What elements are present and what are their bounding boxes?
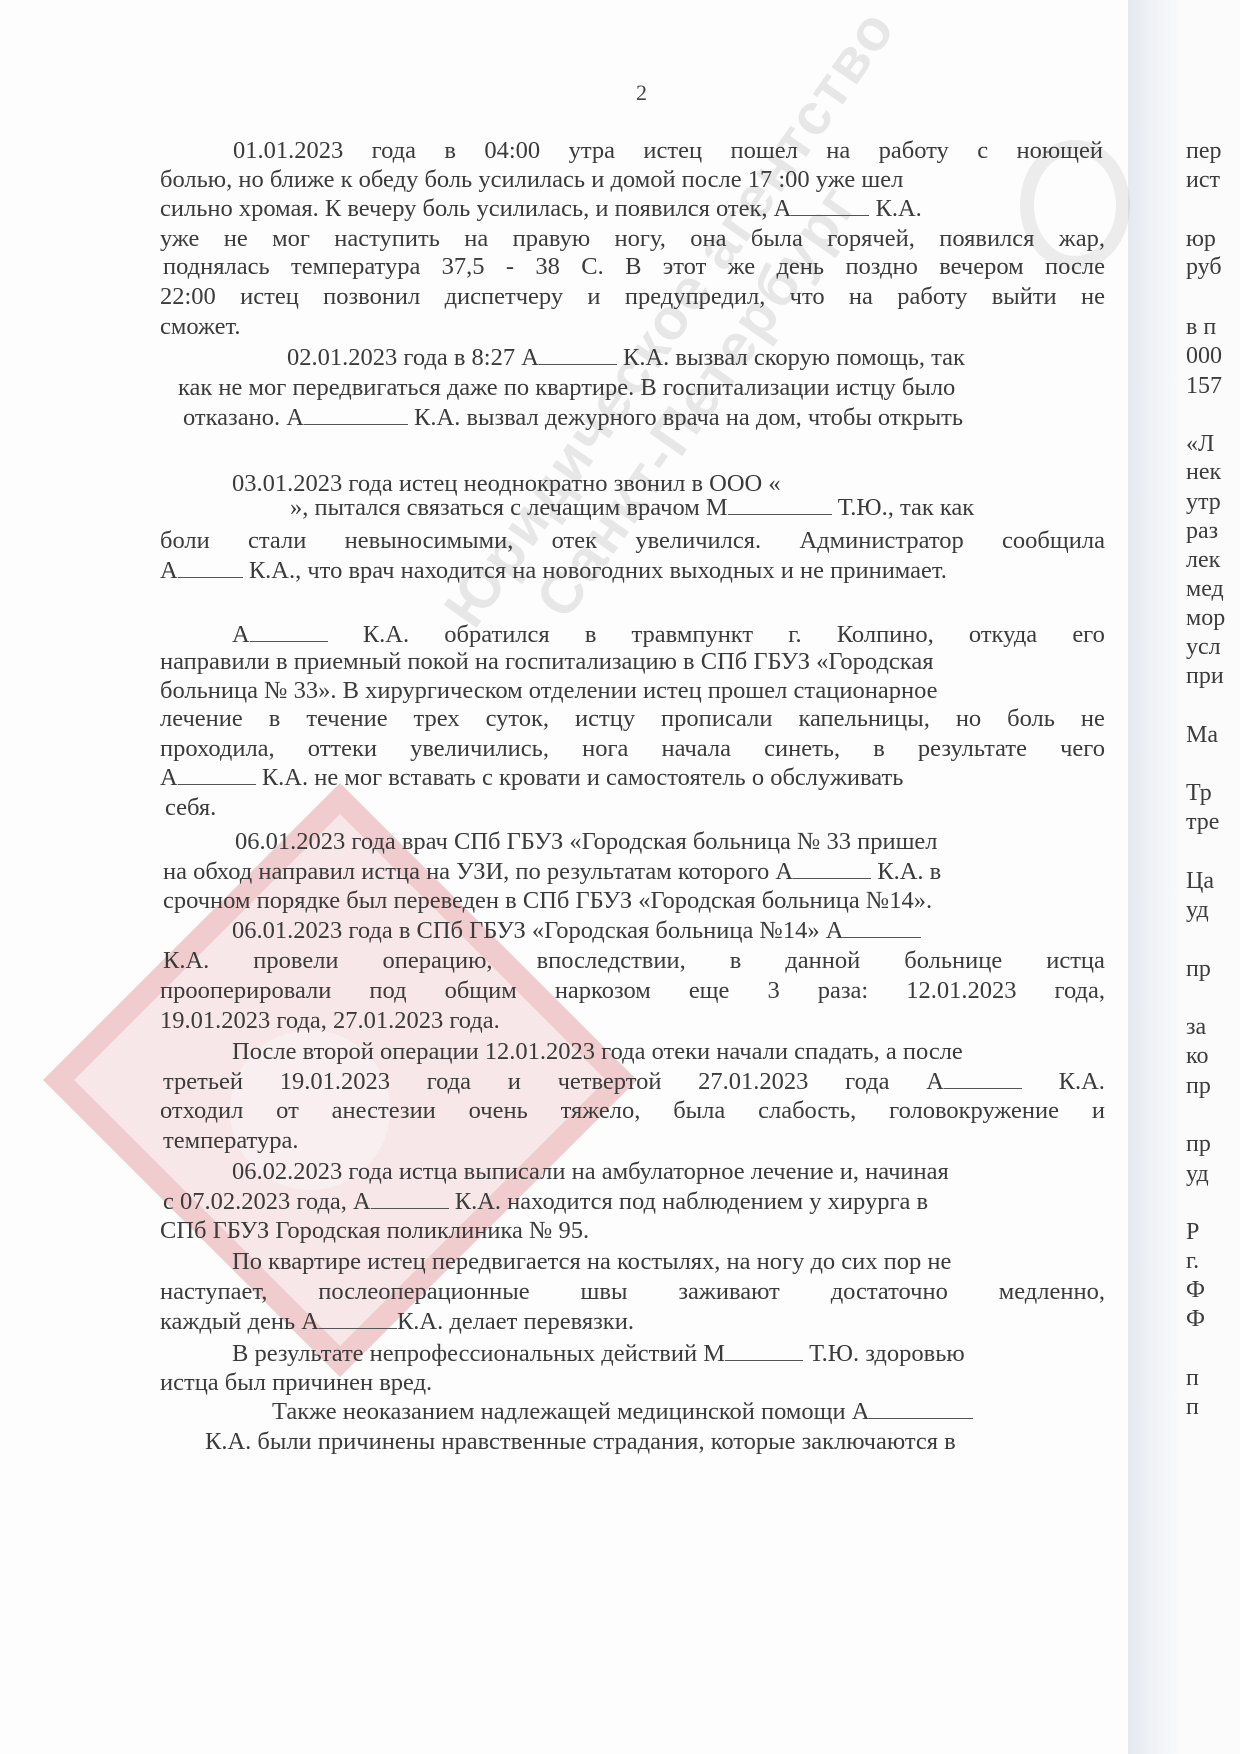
text-line: », пытался связаться с лечащим врачом М … [290, 494, 974, 522]
text-line: отказано. А К.А. вызвал дежурного врача … [183, 404, 963, 432]
next-page-text-fragment: за [1186, 1013, 1206, 1041]
redacted-name-blank [843, 917, 921, 938]
text-line: 02.01.2023 года в 8:27 А К.А. вызвал ско… [287, 344, 965, 372]
text-line: прооперировалиподобщимнаркозомеще3раза:1… [160, 977, 1105, 1005]
text-line: 19.01.2023 года, 27.01.2023 года. [160, 1007, 500, 1035]
text-line: наступает,послеоперационныешвызаживаютдо… [160, 1278, 1105, 1306]
next-page-text-fragment: «Л [1186, 430, 1214, 458]
text-line: истца был причинен вред. [160, 1369, 432, 1397]
text-line: проходила,оттекиувеличились,ноганачаласи… [160, 735, 1105, 763]
next-page-text-fragment: при [1186, 662, 1224, 690]
text-line: 06.02.2023 года истца выписали на амбула… [232, 1158, 949, 1186]
redacted-name-blank [725, 1340, 803, 1361]
text-line: А К.А., что врач находится на новогодних… [160, 557, 947, 585]
redacted-name-blank [319, 1308, 397, 1329]
redacted-name-blank [728, 494, 832, 515]
redacted-name-blank [250, 621, 328, 642]
next-page-text-fragment: Ма [1186, 721, 1218, 749]
text-line: АК.А.обратилсявтравмпунктг.Колпино,откуд… [232, 621, 1105, 649]
text-line: СПб ГБУЗ Городская поликлиника № 95. [160, 1217, 589, 1245]
next-page-text-fragment: пр [1186, 1130, 1211, 1158]
text-line: После второй операции 12.01.2023 года от… [232, 1038, 963, 1066]
text-line: срочном порядке был переведен в СПб ГБУЗ… [163, 887, 932, 915]
text-line: болью, но ближе к обеду боль усилилась и… [160, 166, 903, 194]
next-page-text-fragment: уд [1186, 896, 1209, 924]
next-page-text-fragment: Ф [1186, 1305, 1205, 1333]
redacted-name-blank [178, 764, 256, 785]
text-line: сильно хромая. К вечеру боль усилилась, … [160, 195, 922, 223]
text-line: каждый день АК.А. делает перевязки. [160, 1308, 634, 1336]
text-line: с 07.02.2023 года, А К.А. находится под … [163, 1188, 928, 1216]
next-page-text-fragment: лек [1186, 546, 1220, 574]
next-page-text-fragment: пр [1186, 955, 1211, 983]
redacted-name-blank [304, 404, 408, 425]
next-page-text-fragment: усл [1186, 633, 1221, 661]
text-line: температура. [163, 1127, 298, 1155]
redacted-name-blank [539, 344, 617, 365]
text-line: третьей19.01.2023годаичетвертой27.01.202… [163, 1068, 1105, 1096]
text-line: больница № 33». В хирургическом отделени… [160, 677, 938, 705]
text-line: себя. [165, 794, 216, 822]
text-line: как не мог передвигаться даже по квартир… [178, 374, 955, 402]
text-line: отходилотанестезииоченьтяжело,быласлабос… [160, 1097, 1105, 1125]
text-line: 01.01.2023годав04:00утраистецпошелнарабо… [233, 137, 1103, 165]
next-page-text-fragment: пр [1186, 1072, 1211, 1100]
next-page-text-fragment: юр [1186, 225, 1216, 253]
next-page-text-fragment: г. [1186, 1247, 1199, 1275]
text-line: уженемогнаступитьнаправуюногу,онабылагор… [160, 225, 1105, 253]
text-line: на обход направил истца на УЗИ, по резул… [163, 858, 941, 886]
text-line: Также неоказанием надлежащей медицинской… [272, 1398, 973, 1426]
next-page-text-fragment: мед [1186, 575, 1224, 603]
redacted-name-blank [869, 1398, 973, 1419]
text-line: В результате непрофессиональных действий… [232, 1340, 965, 1368]
text-line: направили в приемный покой на госпитализ… [160, 648, 933, 676]
text-line: 22:00истецпозвонилдиспетчеруипредупредил… [160, 283, 1105, 311]
redacted-name-blank [371, 1188, 449, 1209]
next-page-text-fragment: уд [1186, 1160, 1209, 1188]
next-page-text-fragment: утр [1186, 488, 1221, 516]
text-line: А К.А. не мог вставать с кровати и самос… [160, 764, 903, 792]
text-line: К.А.провелиоперацию,впоследствии,вданной… [163, 947, 1105, 975]
next-page-text-fragment: ко [1186, 1042, 1208, 1070]
text-line: сможет. [160, 313, 241, 341]
next-page-text-fragment: ист [1186, 166, 1220, 194]
next-page-text-fragment: тре [1186, 808, 1219, 836]
next-page-text-fragment: Ф [1186, 1276, 1205, 1304]
page-number: 2 [636, 80, 647, 106]
text-line: подняласьтемпература37,5-38С.Вэтотжедень… [163, 253, 1105, 281]
redacted-name-blank [178, 557, 243, 578]
text-line: болисталиневыносимыми,отекувеличился.Адм… [160, 527, 1105, 555]
text-line: К.А. были причинены нравственные страдан… [205, 1428, 956, 1456]
next-page-text-fragment: мор [1186, 604, 1225, 632]
next-page-text-fragment: п [1186, 1393, 1199, 1421]
page-gutter [1128, 0, 1178, 1754]
next-page-text-fragment: 157 [1186, 372, 1222, 400]
next-page-text-fragment: раз [1186, 517, 1218, 545]
redacted-name-blank [793, 858, 871, 879]
next-page-strip: перистюррубв п000157«Лнекутрразлекмедмор… [1178, 0, 1240, 1754]
text-line: 06.01.2023 года в СПб ГБУЗ «Городская бо… [232, 917, 921, 945]
redacted-name-blank [791, 195, 869, 216]
next-page-text-fragment: Тр [1186, 779, 1212, 807]
next-page-text-fragment: 000 [1186, 342, 1222, 370]
next-page-text-fragment: в п [1186, 313, 1216, 341]
text-line: 06.01.2023 года врач СПб ГБУЗ «Городская… [235, 828, 938, 856]
next-page-text-fragment: нек [1186, 458, 1221, 486]
next-page-text-fragment: Ца [1186, 867, 1214, 895]
next-page-text-fragment: руб [1186, 253, 1222, 281]
text-line: лечениевтечениетрехсуток,истцупрописалик… [160, 705, 1105, 733]
next-page-text-fragment: пер [1186, 137, 1222, 165]
next-page-text-fragment: Р [1186, 1218, 1199, 1246]
text-line: По квартире истец передвигается на косты… [232, 1248, 951, 1276]
next-page-text-fragment: п [1186, 1364, 1199, 1392]
redacted-name-blank [944, 1068, 1022, 1089]
